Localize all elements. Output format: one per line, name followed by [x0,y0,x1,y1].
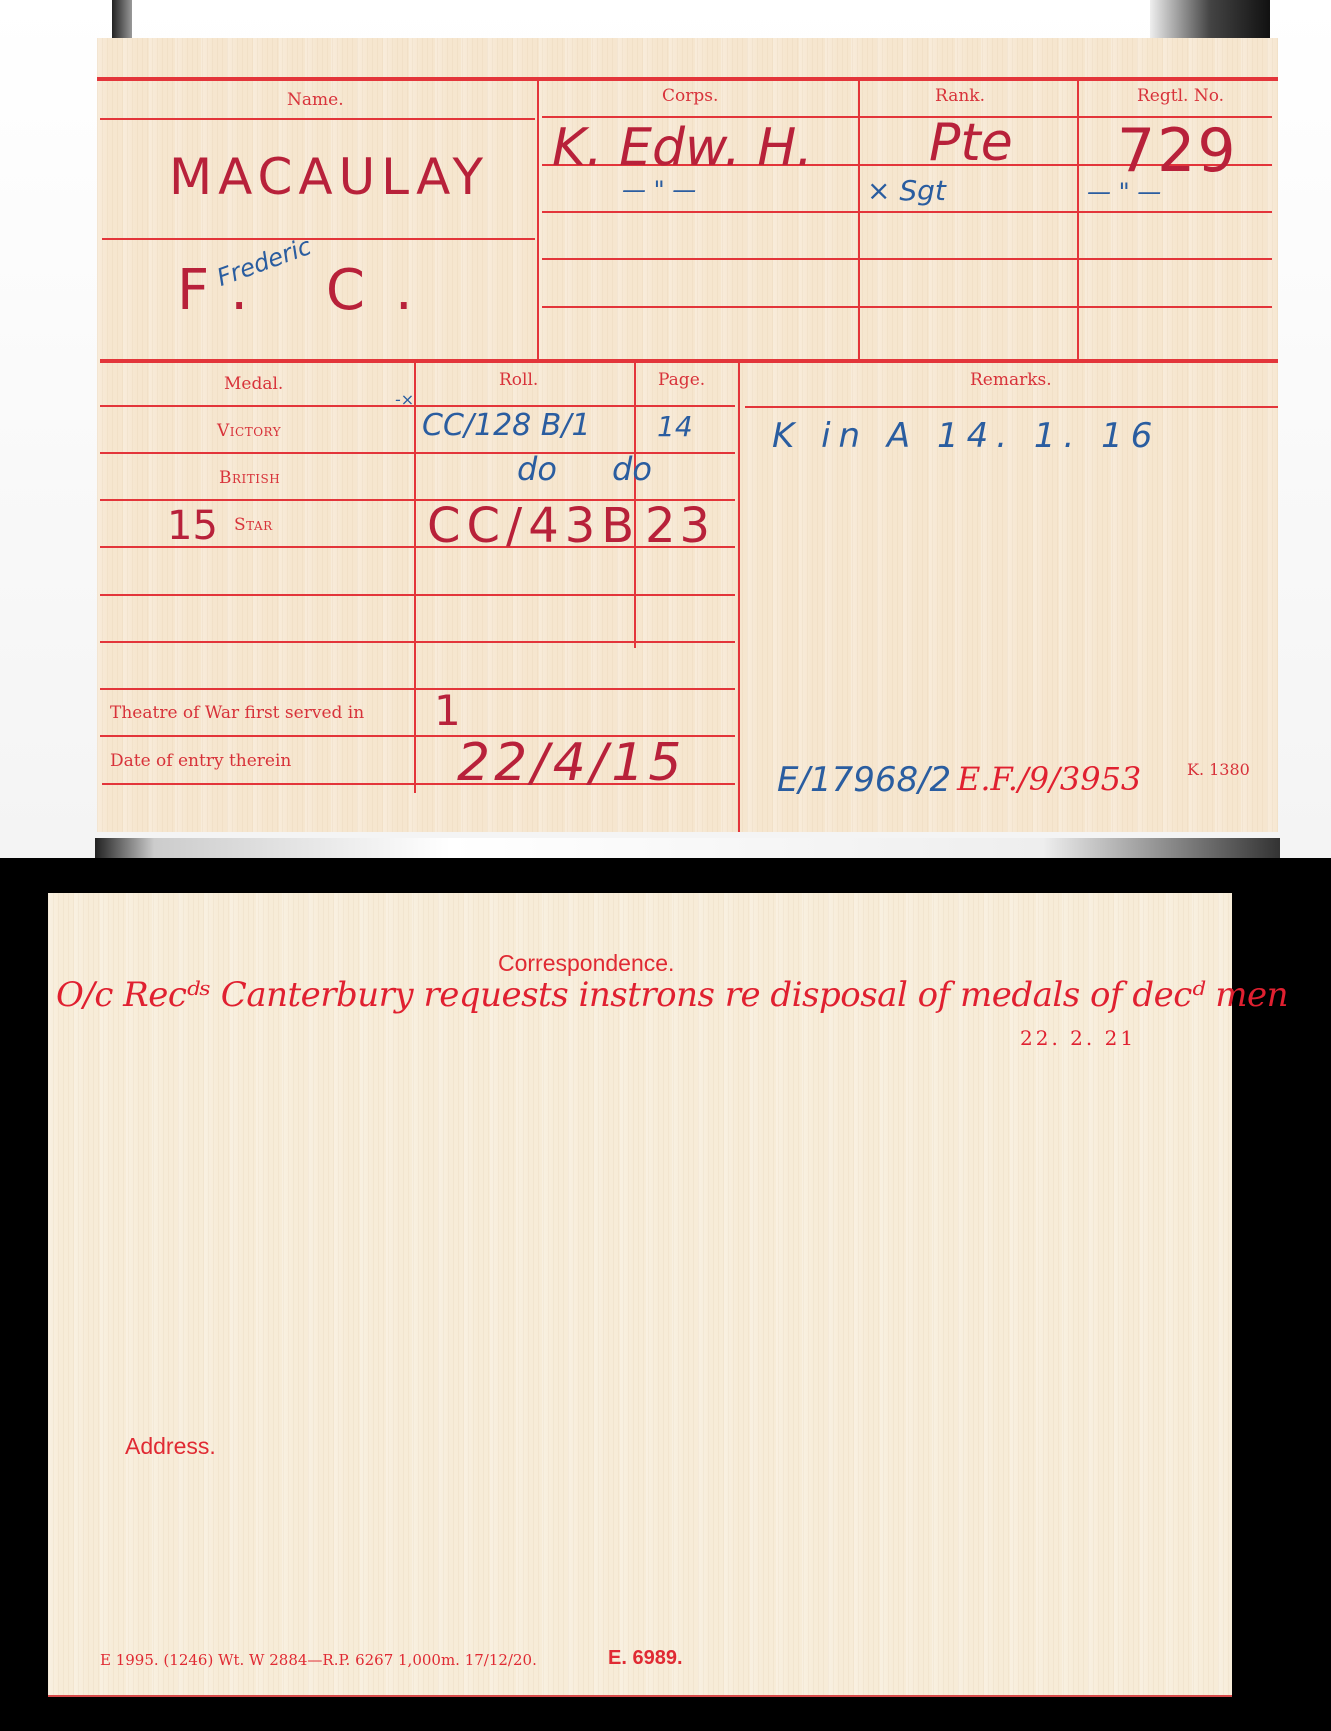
divider-name-corps [537,81,539,361]
date-entry-value: 22/4/15 [457,733,685,793]
rule [745,406,1278,408]
rule [100,641,735,643]
roll-value: CC/43B [427,498,640,554]
medal-index-card-front: Name. Corps. Rank. Regtl. No. MACAULAY F… [97,38,1278,832]
date-entry-label: Date of entry therein [110,751,291,771]
page-value: do [612,450,652,488]
medal-name: Victory [217,421,281,441]
header-name: Name. [287,90,344,110]
rule [102,238,535,240]
page-value: 23 [645,498,714,554]
address-label: Address. [125,1433,216,1460]
header-roll: Roll. [499,370,538,390]
header-corps: Corps. [662,86,718,106]
section-rule [100,359,1278,363]
theatre-label: Theatre of War first served in [110,703,364,723]
header-regtl-no: Regtl. No. [1137,86,1224,106]
header-rank: Rank. [935,86,985,106]
page-value: 14 [657,410,693,443]
scan-shadow-left [112,0,132,40]
regtl-no-value: 729 [1117,116,1238,186]
remarks-value: K in A 14. 1. 16 [772,416,1160,456]
rank-amended: × Sgt [867,174,946,207]
rule [542,258,1272,260]
divider-page-remarks [738,363,740,832]
form-number: K. 1380 [1187,760,1250,779]
rank-value: Pte [929,113,1013,173]
rule [100,118,535,120]
rule [542,211,1272,213]
scan-shadow-bottom [95,838,1280,858]
corps-value: K. Edw. H. [552,118,813,178]
divider-medal-roll [414,363,416,793]
header-remarks: Remarks. [970,370,1052,390]
corps-ditto: — " — [622,176,696,204]
roll-value: do [517,450,557,488]
scan-shadow-right [1150,0,1270,38]
divider-rank-regtl [1077,81,1079,361]
file-ref-red: E.F./9/3953 [957,760,1141,798]
divider-corps-rank [858,81,860,361]
header-medal: Medal. [224,374,283,394]
rule [542,306,1272,308]
correspondence-text: O/c Recᵈˢ Canterbury requests instrons r… [56,975,1288,1015]
rule [100,688,735,690]
regtl-ditto: — " — [1087,178,1161,206]
top-rule [97,77,1278,81]
print-line: E 1995. (1246) Wt. W 2884—R.P. 6267 1,00… [100,1651,537,1669]
medal-index-card-back: Correspondence. O/c Recᵈˢ Canterbury req… [48,893,1232,1697]
correspondence-date: 22. 2. 21 [1020,1026,1136,1050]
medal-name: Star [234,515,273,535]
rule [100,405,735,407]
medal-prefix: 15 [167,503,218,549]
print-code: E. 6989. [608,1647,683,1670]
file-ref-blue: E/17968/2 [777,760,951,800]
roll-mark: -× [395,390,414,409]
header-page: Page. [658,370,705,390]
surname: MACAULAY [169,148,489,206]
medal-name: British [219,468,280,488]
correspondence-label: Correspondence. [498,950,674,977]
roll-value: CC/128 B/1 [422,408,591,443]
rule [100,594,735,596]
theatre-value: 1 [434,686,461,735]
